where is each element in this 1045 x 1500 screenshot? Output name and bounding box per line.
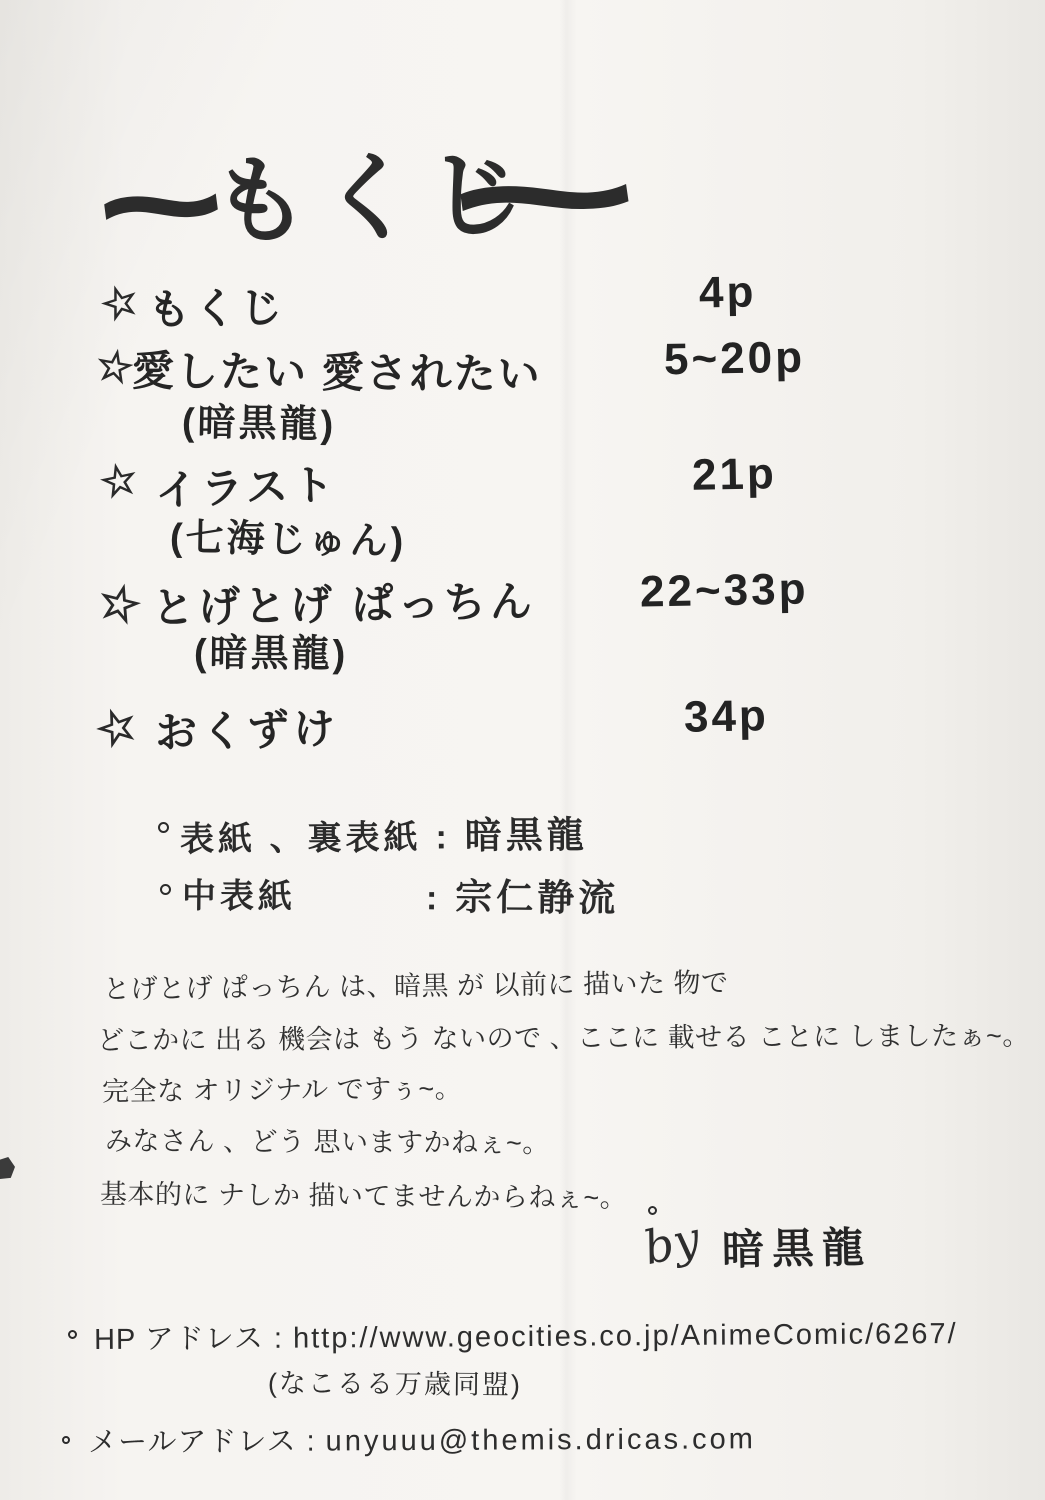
toc-item-pages: 4p xyxy=(699,268,757,319)
star-bullet-icon: ☆ xyxy=(88,695,145,760)
mail-separator: : xyxy=(296,1426,325,1459)
mail-label: メールアドレス xyxy=(88,1426,297,1459)
scanned-toc-page: ~ もくじ ~ ☆ もくじ 4p ☆ 愛したい 愛されたい 5~20p (暗黒龍… xyxy=(0,0,1045,1500)
credit-value: 宗仁静流 xyxy=(455,876,619,918)
signature-name: 暗黒龍 xyxy=(721,1215,872,1278)
signature-dot-icon xyxy=(648,1206,657,1215)
circle-bullet-icon xyxy=(62,1436,70,1444)
note-line: 完全な オリジナル ですぅ~。 xyxy=(102,1066,462,1108)
circle-bullet-icon xyxy=(160,884,171,895)
star-bullet-icon: ☆ xyxy=(92,339,138,394)
credit-label: 表紙 、裏表紙 xyxy=(180,819,422,859)
toc-item-author: (七海じゅん) xyxy=(170,506,407,565)
toc-item-pages: 5~20p xyxy=(664,333,806,385)
title-tilde-right: ~ xyxy=(435,100,653,292)
signature-by: by xyxy=(639,1211,704,1275)
hp-separator: : xyxy=(264,1323,293,1356)
toc-item-pages: 22~33p xyxy=(640,565,809,618)
credit-value: 暗黒龍 xyxy=(465,814,588,856)
scan-artifact xyxy=(0,1157,15,1179)
star-bullet-icon: ☆ xyxy=(95,453,142,509)
credit-line: 表紙 、裏表紙:暗黒龍 xyxy=(180,804,588,862)
toc-item-author: (暗黒龍) xyxy=(182,391,337,449)
toc-item-pages: 34p xyxy=(684,691,770,742)
toc-item-pages: 21p xyxy=(692,449,778,500)
toc-item-label: もくじ xyxy=(147,275,286,337)
hp-label: HP アドレス xyxy=(94,1323,264,1356)
hp-note: (なこるる万歳同盟) xyxy=(268,1361,522,1402)
note-line: どこかに 出る 機会は もう ないので 、ここに 載せる ことに しましたぁ~。 xyxy=(97,1014,1030,1058)
toc-item-label: おくずけ xyxy=(154,696,340,761)
credit-separator: : xyxy=(421,818,465,857)
circle-bullet-icon xyxy=(158,822,169,833)
circle-bullet-icon xyxy=(68,1330,77,1339)
mail-value: unyuuu@themis.dricas.com xyxy=(326,1423,756,1457)
note-line: 基本的に ナしか 描いてませんからねぇ~。 xyxy=(100,1172,628,1215)
credit-separator: : xyxy=(296,878,456,918)
note-line: みなさん 、どう 思いますかねぇ~。 xyxy=(105,1119,550,1160)
credit-label: 中表紙 xyxy=(182,877,296,916)
hp-url: http://www.geocities.co.jp/AnimeComic/62… xyxy=(293,1318,958,1355)
note-line: とげとげ ぱっちん は、暗黒 が 以前に 描いた 物で xyxy=(103,961,729,1007)
mail-address-line: メールアドレス:unyuuu@themis.dricas.com xyxy=(88,1416,756,1460)
credit-line: 中表紙:宗仁静流 xyxy=(182,864,620,922)
star-bullet-icon: ☆ xyxy=(92,572,147,637)
hp-address-line: HP アドレス:http://www.geocities.co.jp/Anime… xyxy=(94,1311,958,1358)
toc-item-author: (暗黒龍) xyxy=(194,621,349,677)
